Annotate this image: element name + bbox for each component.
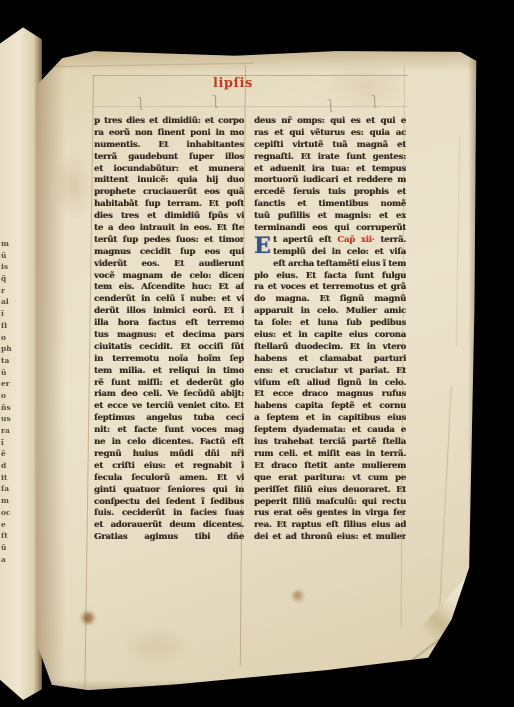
facing-page-text-fragment: er xyxy=(1,378,17,390)
text-line: rea. Et raptus eſt filius eius ad xyxy=(254,520,406,532)
text-line: derũt illos inimici eorũ. Et ĩ xyxy=(94,306,244,318)
text-line: tus magnus: et decima pars xyxy=(94,330,244,342)
text-line: ens: et cruciatur vt pariat. Et xyxy=(254,366,406,378)
text-line: a ſeptem et in capitibus eius xyxy=(254,413,406,425)
text-line: vocẽ magnam de celo: dicen xyxy=(94,271,244,283)
text-line: ginti quatuor ſeniores qui in xyxy=(94,485,244,497)
text-line: templũ dei in celo: et viſa xyxy=(273,247,406,259)
facing-page-text-fragment: ũ xyxy=(1,542,17,554)
text-line: terrã gaudebunt ſuper illos xyxy=(94,152,244,164)
text-line: deus nr̃ omps: qui es et qui e xyxy=(254,116,406,128)
text-line: plo eius. Et facta ſunt fulgu xyxy=(254,271,406,283)
bleedthrough-mark: ʃ xyxy=(372,94,376,109)
text-line: do magna. Et ſignũ magnũ xyxy=(254,294,406,306)
text-line: Et draco ſtetit ante mulierem xyxy=(254,461,406,473)
facing-page-text-fragment: ph xyxy=(1,343,17,355)
text-line: regnaſti. Et irate ſunt gentes: xyxy=(254,152,406,164)
text-line: terũt ſup pedes ſuos: et timor xyxy=(94,235,244,247)
page-corner-fold xyxy=(384,566,476,668)
chapter-rubric: Cap̃ xii· xyxy=(337,235,374,245)
text-line: tuũ puſillis et magnis: et ex xyxy=(254,211,406,223)
text-line: conſpectu dei ſedent ĩ ſedibus xyxy=(94,497,244,509)
text-block-lower: eſt archa teſtamẽti eius ĩ templo eius. … xyxy=(254,259,406,544)
text-line: dies tres et dimidiũ ſpũs vi xyxy=(94,211,244,223)
text-line: ius trahebat terciã partẽ ſtella xyxy=(254,437,406,449)
text-line: ta ſole: et luna ſub pedibus xyxy=(254,318,406,330)
stain-spot xyxy=(292,590,303,600)
facing-page-text-fragment: ſa xyxy=(1,483,17,495)
manuscript-page: ʃ ʃ ʃ ʃ lipſis p tres dies et dimidiũ: e… xyxy=(36,46,478,694)
text-line: numentis. Et inhabitantes xyxy=(94,140,244,152)
facing-page-text-fragment: us xyxy=(1,413,17,425)
bleedthrough-mark: ʃ xyxy=(213,94,217,109)
text-line: habens et clamabat parturi xyxy=(254,354,406,366)
facing-page-text-fragment: m xyxy=(1,238,17,250)
text-line: riam deo celi. Ve ſecũdũ abijt: xyxy=(94,389,244,401)
text-line: illa hora factus eſt terremo xyxy=(94,318,244,330)
text-line: et ecce ve terciũ veniet cito. Et xyxy=(94,401,244,413)
facing-page-text-fragment: ra xyxy=(1,425,17,437)
text-line: in terremotu noĩa hoĩm ſep xyxy=(94,354,244,366)
facing-page-text-fragment: r xyxy=(1,285,17,297)
facing-page-text-fragment: ta xyxy=(1,355,17,367)
facing-page-text-fragment: ũ xyxy=(1,250,17,262)
facing-page-text-fragment: ũ xyxy=(1,367,17,379)
text-column-left: p tres dies et dimidiũ: et corpora eorũ … xyxy=(94,116,244,544)
chapter-opening: E t apertũ eſt Cap̃ xii· terrã. templũ d… xyxy=(254,235,406,259)
text-line: mittent inuicẽ: quia hij duo xyxy=(94,175,244,187)
stain-spot xyxy=(82,612,94,624)
text-line: tem milia. et reliqui in timo xyxy=(94,366,244,378)
facing-page-text-fragment: a xyxy=(1,554,17,566)
text-line: te a deo intrauit in eos. Et ſte xyxy=(94,223,244,235)
running-title: lipſis xyxy=(213,77,253,91)
text-line: nit: et facte ſunt voces mag xyxy=(94,425,244,437)
text-segment: t apertũ eſt xyxy=(273,235,337,245)
text-line: Gratias agimus tibi dñe xyxy=(94,532,244,544)
text-line: viſum eſt aliud ſignũ in celo. xyxy=(254,378,406,390)
bleedthrough-mark: ʃ xyxy=(328,98,332,113)
text-column-right: deus nr̃ omps: qui es et qui eras et qui… xyxy=(254,116,406,544)
facing-page-text-fragment: ĩ xyxy=(1,308,17,320)
text-line: cenderũt in celũ ĩ nube: et vi xyxy=(94,294,244,306)
text-line: ciuitatis cecidit. Et occiſi ſũt xyxy=(94,342,244,354)
facing-page-text-fragment: e xyxy=(1,519,17,531)
text-line: magnus cecidit ſup eos qui xyxy=(94,247,244,259)
text-line: ſtellarũ duodecim. Et in vtero xyxy=(254,342,406,354)
text-line: ne in celo dicentes. Factũ eſt xyxy=(94,437,244,449)
text-line: ſeptem dyademata: et cauda e xyxy=(254,425,406,437)
text-line: et aduenit ira tua: et tempus xyxy=(254,164,406,176)
facing-page-text-fragment: d xyxy=(1,460,17,472)
text-line: regnũ huius mũdi dñi nr̃i xyxy=(94,449,244,461)
facing-page-text-fragment: q̃ xyxy=(1,273,17,285)
text-line: viderũt eos. Et audierunt xyxy=(94,259,244,271)
text-line: et criſti eius: et regnabit ĩ xyxy=(94,461,244,473)
facing-page-text-fragment: it xyxy=(1,472,17,484)
text-line: prophete cruciauerũt eos quã xyxy=(94,187,244,199)
text-line: cepiſti virtutẽ tuã magnã et xyxy=(254,140,406,152)
text-line: terminandi eos qui corruperũt xyxy=(254,223,406,235)
text-line: ras et qui vẽturus es: quia ac xyxy=(254,128,406,140)
text-line: rẽ ſunt miſſi: et dederũt glo xyxy=(94,378,244,390)
text-line: mortuorũ iudicari et reddere m xyxy=(254,175,406,187)
text-line: ra eorũ non ſinent poni in mo xyxy=(94,128,244,140)
photo-background: mũisq̃ralĩſiophtaũeroñsusraĩẽditſamoceſt… xyxy=(0,0,514,707)
bleedthrough-mark: ʃ xyxy=(138,96,142,111)
illuminated-initial: E xyxy=(254,235,273,259)
text-line: ſeptimus angelus tuba ceci xyxy=(94,413,244,425)
facing-page-edge: mũisq̃ralĩſiophtaũeroñsusraĩẽditſamoceſt… xyxy=(0,26,42,700)
text-line: rus erat oẽs gentes in virga fer xyxy=(254,508,406,520)
facing-page-text-fragment: o xyxy=(1,332,17,344)
text-line: Et ecce draco magnus rufus xyxy=(254,389,406,401)
crease-line xyxy=(438,386,453,626)
text-line: ercedẽ ſeruis tuis prophis et xyxy=(254,187,406,199)
facing-page-text-column: mũisq̃ralĩſiophtaũeroñsusraĩẽditſamoceſt… xyxy=(1,238,17,565)
text-block-upper: deus nr̃ omps: qui es et qui eras et qui… xyxy=(254,116,406,235)
text-line: que erat paritura: vt cum pe xyxy=(254,473,406,485)
text-line: rum celi. et miſit eas in terrã. xyxy=(254,449,406,461)
facing-page-text-fragment: ĩ xyxy=(1,437,17,449)
facing-page-text-fragment: oc xyxy=(1,507,17,519)
text-line: apparuit in celo. Mulier amic xyxy=(254,306,406,318)
text-line: p tres dies et dimidiũ: et corpo xyxy=(94,116,244,128)
facing-page-text-fragment: ſi xyxy=(1,320,17,332)
text-line: habens capita ſeptẽ et cornu xyxy=(254,401,406,413)
crease-line xyxy=(44,62,254,68)
facing-page-text-fragment: o xyxy=(1,390,17,402)
text-line: dei et ad thronũ eius: et mulier xyxy=(254,532,406,544)
text-line: periſſet filiũ eius deuoraret. Et xyxy=(254,485,406,497)
text-line: et adorauerũt deum dicentes. xyxy=(94,520,244,532)
facing-page-text-fragment: ſt xyxy=(1,530,17,542)
text-line: habitabãt ſup terram. Et poſt xyxy=(94,199,244,211)
text-line: peperit filiũ maſculũ: qui rectu xyxy=(254,497,406,509)
text-line: tem eis. Aſcendite huc: Et aſ xyxy=(94,282,244,294)
text-line: ra et voces et terremotus et grã xyxy=(254,282,406,294)
text-line: eius: et in capite eius corona xyxy=(254,330,406,342)
text-line: ſuis. ceciderũt in facies ſuas xyxy=(94,508,244,520)
ruling-line-vertical-left xyxy=(84,75,94,687)
text-line: et iocundabũtur: et munera xyxy=(94,164,244,176)
facing-page-text-fragment: is xyxy=(1,261,17,273)
text-line: ſanctis et timentibus nomẽ xyxy=(254,199,406,211)
facing-page-text-fragment: al xyxy=(1,296,17,308)
chapter-opening-line: t apertũ eſt Cap̃ xii· terrã. xyxy=(273,235,406,247)
text-line: eſt archa teſtamẽti eius ĩ tem xyxy=(273,259,406,271)
facing-page-text-fragment: ẽ xyxy=(1,448,17,460)
text-line: ſecula ſeculorũ amen. Et vi xyxy=(94,473,244,485)
facing-page-text-fragment: m xyxy=(1,495,17,507)
text-segment: terrã. xyxy=(375,235,407,245)
crease-line xyxy=(455,136,461,346)
facing-page-text-fragment: ñs xyxy=(1,402,17,414)
